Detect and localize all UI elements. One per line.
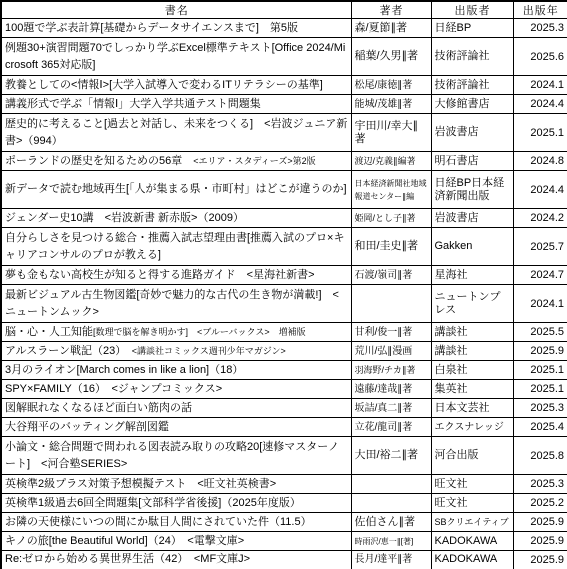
cell-year: 2025.4 <box>513 418 567 437</box>
cell-book-title: お隣の天使様にいつの間にか駄目人間にされていた件（11.5） <box>1 513 351 532</box>
cell-year: 2024.2 <box>513 209 567 228</box>
table-row: アルスラーン戦記（23） <講談社コミックス週刊少年マガジン>荒川/弘∥漫画講談… <box>1 342 567 361</box>
cell-year: 2024.4 <box>513 95 567 114</box>
cell-book-title: 図解眠れなくなるほど面白い筋肉の話 <box>1 399 351 418</box>
cell-book-title: アルスラーン戦記（23） <講談社コミックス週刊少年マガジン> <box>1 342 351 361</box>
cell-author: 羽海野/チカ∥著 <box>351 361 431 380</box>
cell-year: 2025.9 <box>513 513 567 532</box>
cell-author <box>351 475 431 494</box>
book-title-text: Re:ゼロから始める異世界生活（42） <MF文庫J> <box>5 553 250 565</box>
cell-year: 2025.8 <box>513 437 567 475</box>
cell-year: 2025.1 <box>513 114 567 152</box>
cell-year: 2025.7 <box>513 228 567 266</box>
table-row: 夢も金もない高校生が知ると得する進路ガイド <星海社新書>石渡/嶺司∥著星海社2… <box>1 266 567 285</box>
cell-book-title: 講義形式で学ぶ「情報Ⅰ」大学入学共通テスト問題集 <box>1 95 351 114</box>
cell-publisher: 講談社 <box>431 342 513 361</box>
cell-year: 2025.9 <box>513 551 567 569</box>
table-row: お隣の天使様にいつの間にか駄目人間にされていた件（11.5）佐伯さん∥著SBクリ… <box>1 513 567 532</box>
cell-book-title: 大谷翔平のバッティング解剖図鑑 <box>1 418 351 437</box>
cell-year: 2024.1 <box>513 76 567 95</box>
cell-book-title: SPY×FAMILY（16） <ジャンプコミックス> <box>1 380 351 399</box>
table-row: 脳・心・人工知能[数理で脳を解き明かす] <ブルーバックス> 増補版甘利/俊一∥… <box>1 323 567 342</box>
table-row: 自分らしさを見つける総合・推薦入試志望理由書[推薦入試のプロ×キャリアコンサルの… <box>1 228 567 266</box>
cell-year: 2024.4 <box>513 171 567 209</box>
cell-publisher: 日経BP日本経済新聞出版 <box>431 171 513 209</box>
cell-author: 時雨沢/恵一∥[著] <box>351 532 431 551</box>
book-title-text: 小論文・総合問題で問われる図表読み取りの攻略20[速修マスターノート] <河合塾… <box>5 441 339 470</box>
table-row: 最新ビジュアル古生物図鑑[奇妙で魅力的な古代の生き物が満載!] <ニュートンムッ… <box>1 285 567 323</box>
cell-publisher: 星海社 <box>431 266 513 285</box>
cell-author: 長月/達平∥著 <box>351 551 431 569</box>
cell-book-title: 英検準2級プラス対策予想模擬テスト <旺文社英検書> <box>1 475 351 494</box>
book-title-text: ポーランドの歴史を知るための56章 <box>5 155 193 167</box>
cell-author: 稲葉/久男∥著 <box>351 38 431 76</box>
cell-book-title: 脳・心・人工知能[数理で脳を解き明かす] <ブルーバックス> 増補版 <box>1 323 351 342</box>
cell-publisher: 講談社 <box>431 323 513 342</box>
cell-book-title: Re:ゼロから始める異世界生活（42） <MF文庫J> <box>1 551 351 569</box>
cell-book-title: 最新ビジュアル古生物図鑑[奇妙で魅力的な古代の生き物が満載!] <ニュートンムッ… <box>1 285 351 323</box>
cell-author: 坂詰/真二∥著 <box>351 399 431 418</box>
table-row: 新データで読む地域再生[「人が集まる県・市町村」はどこが違うのか]日本経済新聞社… <box>1 171 567 209</box>
cell-publisher: 明石書店 <box>431 152 513 171</box>
cell-publisher: Gakken <box>431 228 513 266</box>
cell-author <box>351 494 431 513</box>
cell-book-title: ジェンダー史10講 <岩波新書 新赤版>（2009） <box>1 209 351 228</box>
cell-publisher: 河合出版 <box>431 437 513 475</box>
book-title-text: 例題30+演習問題70でしっかり学ぶExcel標準テキスト[Office 202… <box>5 42 345 71</box>
cell-year: 2025.3 <box>513 399 567 418</box>
cell-author: 遠藤/達哉∥著 <box>351 380 431 399</box>
column-header-publisher: 出版者 <box>431 1 513 19</box>
cell-author: 松尾/康徳∥著 <box>351 76 431 95</box>
book-title-text: 脳・心・人工知能 <box>5 326 93 338</box>
table-row: 英検準1級過去6回全問題集[文部科学省後援]（2025年度版）旺文社2025.2 <box>1 494 567 513</box>
cell-book-title: 例題30+演習問題70でしっかり学ぶExcel標準テキスト[Office 202… <box>1 38 351 76</box>
cell-publisher: KADOKAWA <box>431 532 513 551</box>
book-list-table: 書名 著者 出版者 出版年 100題で学ぶ表計算[基礎からデータサイエンスまで]… <box>0 0 567 569</box>
cell-year: 2025.3 <box>513 19 567 38</box>
cell-year: 2024.7 <box>513 266 567 285</box>
series-note-text: [数理で脳を解き明かす] <ブルーバックス> 増補版 <box>93 327 306 337</box>
cell-publisher: 岩波書店 <box>431 114 513 152</box>
book-title-text: 英検準2級プラス対策予想模擬テスト <旺文社英検書> <box>5 478 276 490</box>
book-title-text: 新データで読む地域再生[「人が集まる県・市町村」はどこが違うのか] <box>5 183 347 195</box>
cell-publisher: 集英社 <box>431 380 513 399</box>
book-title-text: 夢も金もない高校生が知ると得する進路ガイド <星海社新書> <box>5 269 315 281</box>
series-note-text: <エリア・スタディーズ>第2版 <box>193 156 315 166</box>
cell-publisher: SBクリエイティブ <box>431 513 513 532</box>
book-title-text: 英検準1級過去6回全問題集[文部科学省後援]（2025年度版） <box>5 497 301 509</box>
cell-publisher: 日本文芸社 <box>431 399 513 418</box>
header-row: 書名 著者 出版者 出版年 <box>1 1 567 19</box>
cell-author: 立花/龍司∥著 <box>351 418 431 437</box>
table-row: 講義形式で学ぶ「情報Ⅰ」大学入学共通テスト問題集能城/茂雄∥著大修館書店2024… <box>1 95 567 114</box>
table-row: 教養としての<情報Ⅰ>[大学入試導入で変わるITリテラシーの基準]松尾/康徳∥著… <box>1 76 567 95</box>
table-row: 大谷翔平のバッティング解剖図鑑立花/龍司∥著エクスナレッジ2025.4 <box>1 418 567 437</box>
cell-book-title: ポーランドの歴史を知るための56章 <エリア・スタディーズ>第2版 <box>1 152 351 171</box>
book-title-text: お隣の天使様にいつの間にか駄目人間にされていた件（11.5） <box>5 516 312 528</box>
book-title-text: 大谷翔平のバッティング解剖図鑑 <box>5 421 169 433</box>
cell-year: 2024.8 <box>513 152 567 171</box>
table-body: 100題で学ぶ表計算[基礎からデータサイエンスまで] 第5版森/夏節∥著日経BP… <box>1 19 567 569</box>
cell-publisher: 旺文社 <box>431 475 513 494</box>
cell-year: 2024.1 <box>513 285 567 323</box>
book-title-text: 教養としての<情報Ⅰ>[大学入試導入で変わるITリテラシーの基準] <box>5 79 323 91</box>
cell-author: 宇田川/幸大∥著 <box>351 114 431 152</box>
book-title-text: キノの旅[the Beautiful World]（24） <電撃文庫> <box>5 535 244 547</box>
cell-book-title: 新データで読む地域再生[「人が集まる県・市町村」はどこが違うのか] <box>1 171 351 209</box>
cell-year: 2025.2 <box>513 494 567 513</box>
table-row: キノの旅[the Beautiful World]（24） <電撃文庫>時雨沢/… <box>1 532 567 551</box>
table-row: ポーランドの歴史を知るための56章 <エリア・スタディーズ>第2版渡辺/克義∥編… <box>1 152 567 171</box>
book-title-text: 図解眠れなくなるほど面白い筋肉の話 <box>5 402 192 414</box>
cell-publisher: ニュートンプレス <box>431 285 513 323</box>
table-row: 歴史的に考えること[過去と対話し、未来をつくる] <岩波ジュニア新書>（994）… <box>1 114 567 152</box>
cell-author: 渡辺/克義∥編著 <box>351 152 431 171</box>
cell-book-title: 100題で学ぶ表計算[基礎からデータサイエンスまで] 第5版 <box>1 19 351 38</box>
table-row: SPY×FAMILY（16） <ジャンプコミックス>遠藤/達哉∥著集英社2025… <box>1 380 567 399</box>
book-title-text: 3月のライオン[March comes in like a lion]（18） <box>5 364 243 376</box>
cell-author: 荒川/弘∥漫画 <box>351 342 431 361</box>
book-title-text: ジェンダー史10講 <岩波新書 新赤版>（2009） <box>5 212 244 224</box>
cell-book-title: 小論文・総合問題で問われる図表読み取りの攻略20[速修マスターノート] <河合塾… <box>1 437 351 475</box>
table-row: ジェンダー史10講 <岩波新書 新赤版>（2009）姫岡/とし子∥著岩波書店20… <box>1 209 567 228</box>
cell-book-title: 教養としての<情報Ⅰ>[大学入試導入で変わるITリテラシーの基準] <box>1 76 351 95</box>
series-note-text: <講談社コミックス週刊少年マガジン> <box>132 346 286 356</box>
cell-year: 2025.9 <box>513 342 567 361</box>
book-title-text: 歴史的に考えること[過去と対話し、未来をつくる] <岩波ジュニア新書>（994） <box>5 118 347 147</box>
cell-publisher: 技術評論社 <box>431 38 513 76</box>
book-title-text: 100題で学ぶ表計算[基礎からデータサイエンスまで] 第5版 <box>5 22 298 34</box>
cell-author: 森/夏節∥著 <box>351 19 431 38</box>
book-title-text: 自分らしさを見つける総合・推薦入試志望理由書[推薦入試のプロ×キャリアコンサルの… <box>5 232 344 261</box>
cell-year: 2025.5 <box>513 323 567 342</box>
cell-book-title: 英検準1級過去6回全問題集[文部科学省後援]（2025年度版） <box>1 494 351 513</box>
cell-publisher: KADOKAWA <box>431 551 513 569</box>
book-title-text: 最新ビジュアル古生物図鑑[奇妙で魅力的な古代の生き物が満載!] <ニュートンムッ… <box>5 289 339 318</box>
cell-author: 甘利/俊一∥著 <box>351 323 431 342</box>
cell-author: 日本経済新聞社地域報道センター∥編 <box>351 171 431 209</box>
column-header-year: 出版年 <box>513 1 567 19</box>
cell-publisher: 岩波書店 <box>431 209 513 228</box>
table-row: 小論文・総合問題で問われる図表読み取りの攻略20[速修マスターノート] <河合塾… <box>1 437 567 475</box>
cell-publisher: エクスナレッジ <box>431 418 513 437</box>
cell-year: 2025.6 <box>513 38 567 76</box>
cell-book-title: 歴史的に考えること[過去と対話し、未来をつくる] <岩波ジュニア新書>（994） <box>1 114 351 152</box>
cell-publisher: 日経BP <box>431 19 513 38</box>
cell-author: 石渡/嶺司∥著 <box>351 266 431 285</box>
table-row: 英検準2級プラス対策予想模擬テスト <旺文社英検書>旺文社2025.3 <box>1 475 567 494</box>
table-row: 100題で学ぶ表計算[基礎からデータサイエンスまで] 第5版森/夏節∥著日経BP… <box>1 19 567 38</box>
cell-year: 2025.3 <box>513 475 567 494</box>
cell-book-title: 夢も金もない高校生が知ると得する進路ガイド <星海社新書> <box>1 266 351 285</box>
cell-publisher: 大修館書店 <box>431 95 513 114</box>
cell-book-title: キノの旅[the Beautiful World]（24） <電撃文庫> <box>1 532 351 551</box>
cell-year: 2025.1 <box>513 361 567 380</box>
cell-year: 2025.9 <box>513 532 567 551</box>
cell-author <box>351 285 431 323</box>
cell-author: 姫岡/とし子∥著 <box>351 209 431 228</box>
cell-author: 大田/裕二∥著 <box>351 437 431 475</box>
cell-publisher: 技術評論社 <box>431 76 513 95</box>
cell-author: 佐伯さん∥著 <box>351 513 431 532</box>
cell-author: 和田/圭史∥著 <box>351 228 431 266</box>
cell-publisher: 白泉社 <box>431 361 513 380</box>
column-header-book-title: 書名 <box>1 1 351 19</box>
column-header-author: 著者 <box>351 1 431 19</box>
book-title-text: アルスラーン戦記（23） <box>5 345 132 357</box>
table-row: 3月のライオン[March comes in like a lion]（18）羽… <box>1 361 567 380</box>
cell-book-title: 3月のライオン[March comes in like a lion]（18） <box>1 361 351 380</box>
table-row: 図解眠れなくなるほど面白い筋肉の話坂詰/真二∥著日本文芸社2025.3 <box>1 399 567 418</box>
book-title-text: SPY×FAMILY（16） <ジャンプコミックス> <box>5 383 222 395</box>
cell-author: 能城/茂雄∥著 <box>351 95 431 114</box>
cell-year: 2025.1 <box>513 380 567 399</box>
cell-book-title: 自分らしさを見つける総合・推薦入試志望理由書[推薦入試のプロ×キャリアコンサルの… <box>1 228 351 266</box>
book-title-text: 講義形式で学ぶ「情報Ⅰ」大学入学共通テスト問題集 <box>5 98 261 110</box>
table-row: Re:ゼロから始める異世界生活（42） <MF文庫J>長月/達平∥著KADOKA… <box>1 551 567 569</box>
table-row: 例題30+演習問題70でしっかり学ぶExcel標準テキスト[Office 202… <box>1 38 567 76</box>
cell-publisher: 旺文社 <box>431 494 513 513</box>
